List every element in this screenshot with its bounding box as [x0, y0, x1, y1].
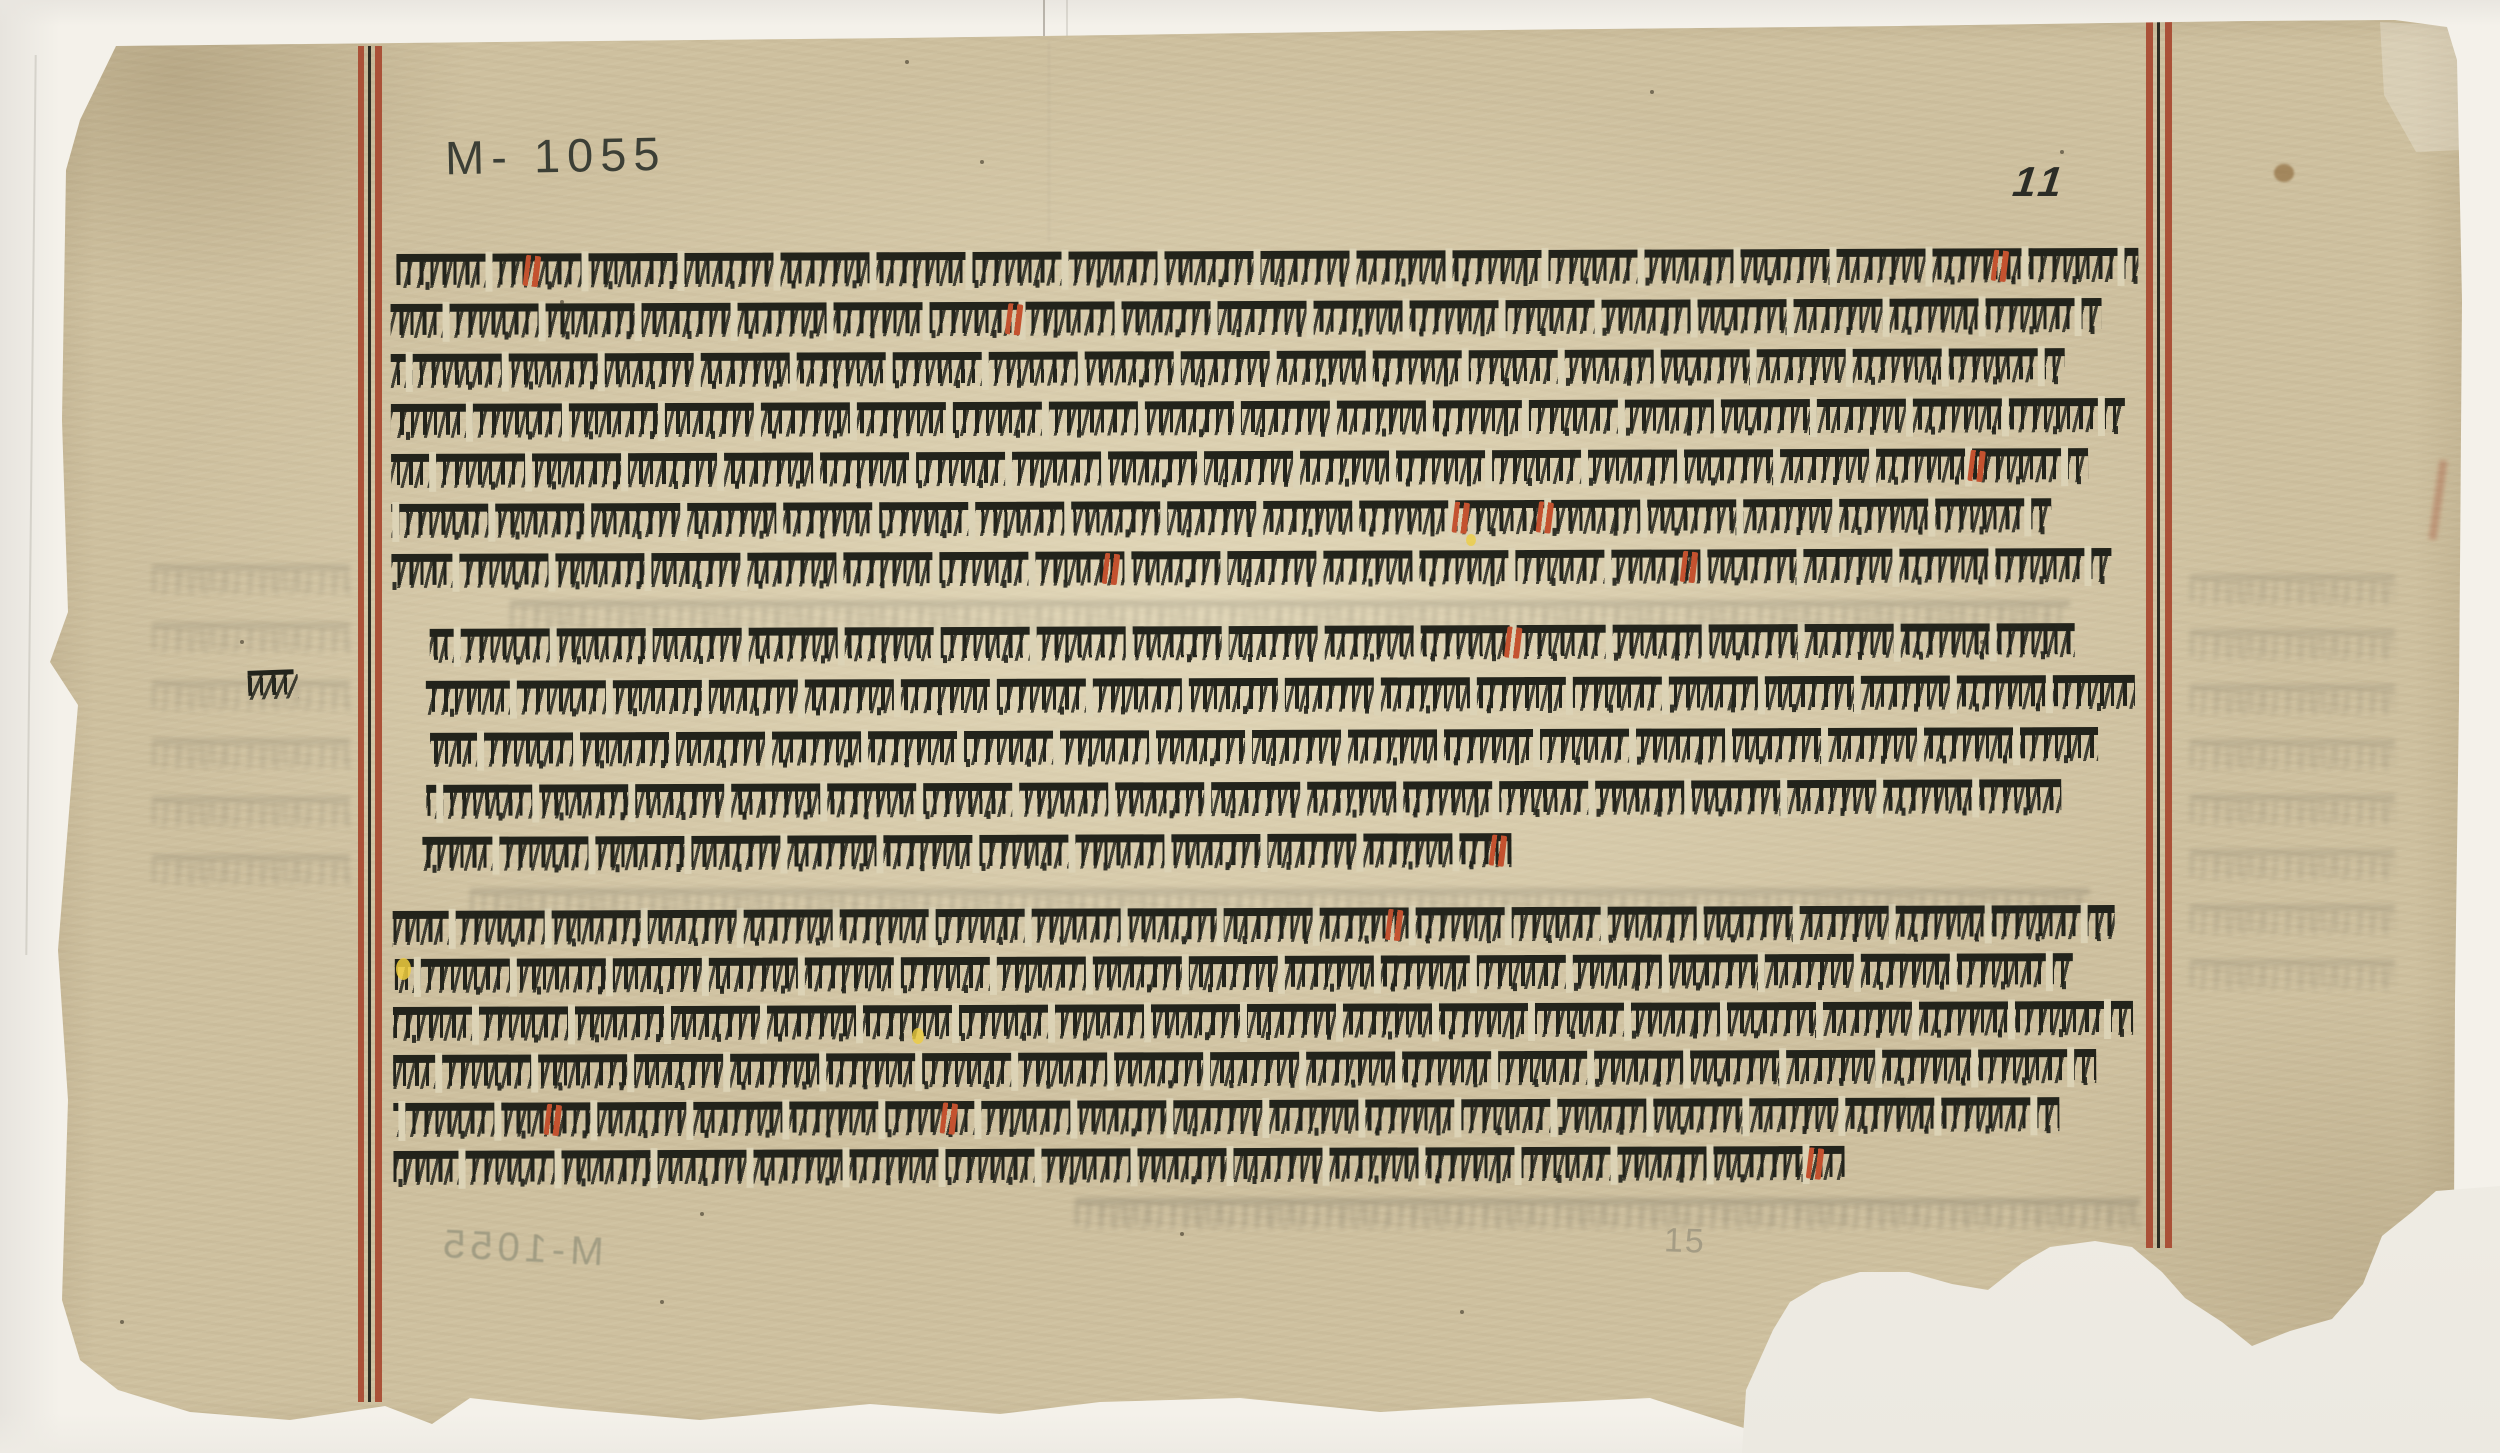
paint-speck [396, 958, 411, 980]
manuscript-line: पिनसनतभेदस्त्रयोःकयसमान३पवंसत्यएवप्राणाः… [393, 1047, 2143, 1093]
scan-canvas: M- 1055 11 या२ नेहोगिराः॥ तंमनखेंशागोहअं… [0, 0, 2500, 1453]
dirt-speck [980, 160, 984, 164]
paint-speck [1466, 534, 1476, 546]
ghost-text-band [2190, 737, 2395, 773]
ghost-text-band [152, 620, 350, 656]
manuscript-line: नास्वर३तिचामंसवितारंयस्मानप्राणःस्वस्पेव… [393, 1144, 1868, 1189]
manuscript-line: हस्पतिरुह्रीयमुपासांचक्रपत्तमएवबृहस्पतिं… [426, 673, 2140, 719]
manuscript-line: नापहेतिनमेवंगंगासवितारयोवेदसोपहतोहवैभयुस… [395, 951, 2143, 997]
dirt-speck [1460, 1310, 1464, 1314]
stain [2274, 164, 2294, 182]
dirt-speck [1180, 1232, 1184, 1236]
dirt-speck [560, 300, 564, 304]
dirt-speck [2060, 150, 2064, 154]
ghost-text-band [2190, 627, 2395, 663]
manuscript-folio: M- 1055 11 या२ नेहोगिराः॥ तंमनखेंशागोहअं… [0, 0, 2500, 1453]
ghost-text-band [2190, 682, 2395, 718]
dirt-speck [120, 1320, 124, 1324]
ghost-text-band [2190, 792, 2395, 828]
manuscript-line: नागातोहवैकामानांभवनियनएनदेवेविहानतत्रमही… [422, 831, 1530, 875]
dirt-speck [1980, 640, 1984, 644]
manuscript-line: ननꣲहांस३ह्रीयमुपासांचक्रपत्तमएवायास्यमन्… [430, 725, 2140, 771]
ghost-text-band [1075, 1196, 2140, 1232]
dirt-speck [240, 640, 244, 644]
pencil-page-number: 15 [1663, 1221, 1706, 1261]
manuscript-line: श्वनेकोरणास्यांतानलहणास्यभवेनियद्यपिश्या… [393, 999, 2143, 1045]
manuscript-line: धमागरत्समहोविश्वामित्रोवामदेवोत्रिरित्मा… [391, 446, 2139, 492]
dirt-speck [660, 1300, 664, 1304]
dirt-speck [1650, 90, 1654, 94]
manuscript-line: नेहोगिराः॥ तंमनखेंशागोहअंगिरा३सेवेगगामही… [396, 246, 2138, 292]
manuscript-line: ३विवहस्मागोनसंवध्यते॥ तयाबृहस्पतिरित्याय… [391, 296, 2139, 342]
ghost-text-band [510, 598, 2070, 634]
crease-line [1066, 0, 1068, 40]
ghost-text-band [152, 736, 350, 772]
ghost-text-band [2190, 847, 2395, 883]
paint-speck [912, 1028, 924, 1044]
ghost-text-band [470, 886, 2090, 922]
dirt-speck [700, 1212, 704, 1216]
text-block: नेहोगिराः॥ तंमनखेंशागोहअंगिरा३सेवेगगामही… [0, 0, 2500, 1453]
ghost-text-band [152, 562, 350, 598]
manuscript-line: भः प्रजार्थंमज्ञायति॥ प्रजानामज्ञोत्पत्य… [391, 546, 2139, 592]
ghost-text-band [2190, 902, 2395, 938]
manuscript-line: ययाश्रुतऋषिवादनायामपिश्रुनेतरखवतस्माहर्ह… [391, 396, 2139, 442]
ghost-text-band [152, 794, 350, 830]
ghost-text-band [2190, 957, 2395, 993]
ghost-text-band [2190, 572, 2395, 608]
manuscript-line: पासकानगिराबृहस्पत्यावमात्माचीमनकयस्मादिस… [391, 496, 2139, 542]
manuscript-line: इस्रोयेप्राणाः॥ उस्रश्रासोसविता॥ किंचस्व… [393, 1095, 2143, 1141]
manuscript-line: कोनामदात्योविदाचकारम्रनैमिषीयानांमहानावभ… [426, 777, 2140, 823]
ghost-text-band [152, 678, 350, 714]
dirt-speck [905, 60, 909, 64]
mirrored-catalog-number: M-1055 [437, 1222, 605, 1276]
manuscript-line: तेनएवांगिरसंबृहस्पतिमायास्यप्राणोमनेन३ति… [391, 346, 2139, 392]
ghost-text-band [152, 852, 350, 888]
